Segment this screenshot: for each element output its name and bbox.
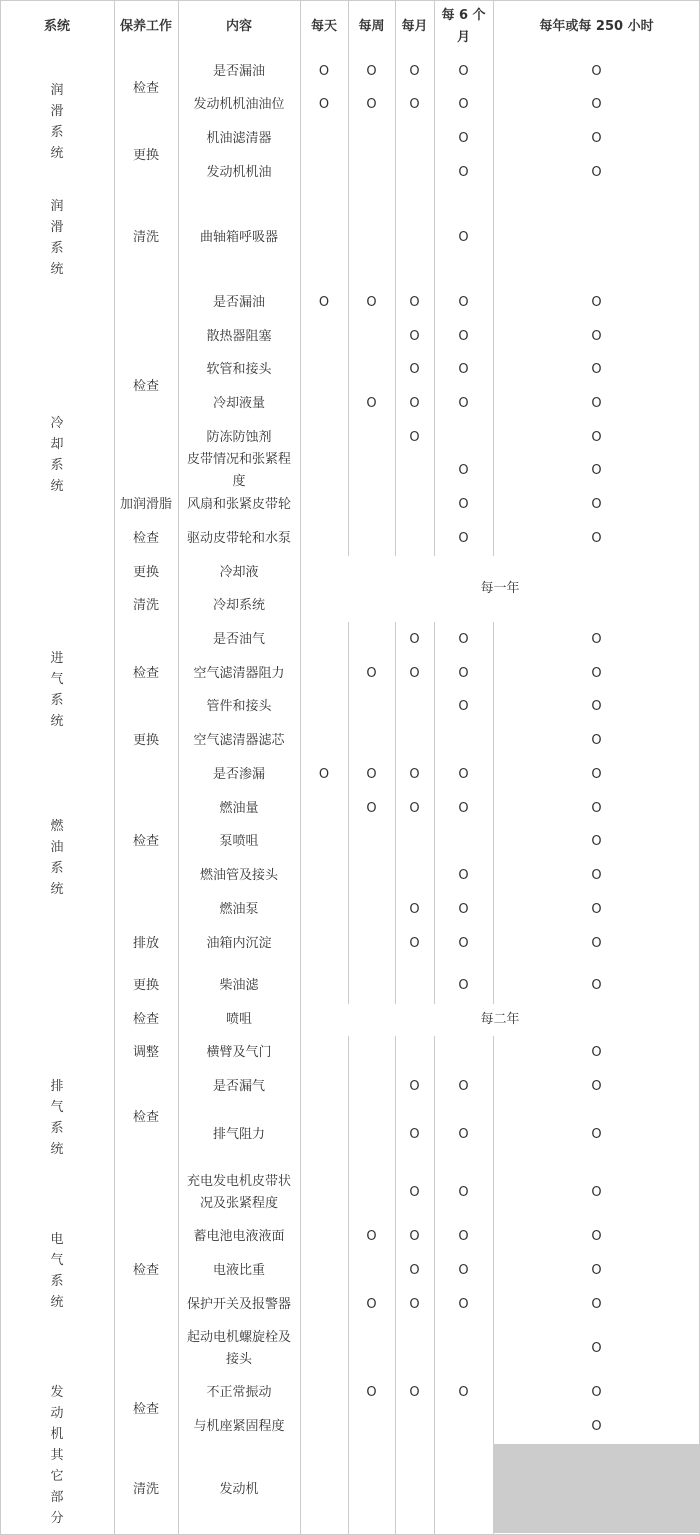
check-mark: O bbox=[494, 933, 699, 955]
system-label: 冷却系统 bbox=[1, 413, 113, 497]
column-header: 每年或每 250 小时 bbox=[494, 4, 699, 50]
check-mark: O bbox=[435, 865, 492, 887]
check-mark: O bbox=[396, 292, 433, 314]
check-mark: O bbox=[396, 326, 433, 348]
system-label: 燃油系统 bbox=[1, 816, 113, 900]
content-item: 发动机机油 bbox=[182, 162, 296, 184]
maintenance-task: 清洗 bbox=[115, 595, 177, 617]
content-item: 横臂及气门 bbox=[182, 1042, 296, 1064]
check-mark: O bbox=[435, 162, 492, 184]
check-mark: O bbox=[349, 61, 394, 83]
check-mark: O bbox=[435, 494, 492, 516]
check-mark: O bbox=[494, 831, 699, 853]
maintenance-task: 清洗 bbox=[115, 227, 177, 249]
check-mark: O bbox=[349, 1294, 394, 1316]
check-mark: O bbox=[396, 94, 433, 116]
content-item: 是否漏气 bbox=[182, 1076, 296, 1098]
maintenance-task: 检查 bbox=[115, 1260, 177, 1282]
maintenance-task: 检查 bbox=[115, 1009, 177, 1031]
content-item: 冷却系统 bbox=[182, 595, 296, 617]
content-item: 油箱内沉淀 bbox=[182, 933, 296, 955]
content-item: 冷却液量 bbox=[182, 393, 296, 415]
maintenance-task: 调整 bbox=[115, 1042, 177, 1064]
content-item: 防冻防蚀剂 bbox=[182, 427, 296, 449]
check-mark: O bbox=[435, 663, 492, 685]
check-mark: O bbox=[494, 975, 699, 997]
content-item: 喷咀 bbox=[182, 1009, 296, 1031]
check-mark: O bbox=[435, 460, 492, 482]
check-mark: O bbox=[494, 730, 699, 752]
check-mark: O bbox=[494, 1226, 699, 1248]
content-item: 柴油滤 bbox=[182, 975, 296, 997]
system-label: 排气系统 bbox=[1, 1076, 113, 1160]
content-item: 是否渗漏 bbox=[182, 764, 296, 786]
maintenance-task: 排放 bbox=[115, 933, 177, 955]
check-mark: O bbox=[349, 663, 394, 685]
check-mark: O bbox=[435, 899, 492, 921]
check-mark: O bbox=[396, 663, 433, 685]
check-mark: O bbox=[301, 61, 347, 83]
check-mark: O bbox=[349, 393, 394, 415]
check-mark: O bbox=[396, 798, 433, 820]
check-mark: O bbox=[435, 359, 492, 381]
system-label: 润滑系统 bbox=[1, 80, 113, 164]
content-item: 机油滤清器 bbox=[182, 128, 296, 150]
system-label: 润滑系统 bbox=[1, 196, 113, 280]
check-mark: O bbox=[396, 1294, 433, 1316]
check-mark: O bbox=[349, 1382, 394, 1404]
content-item: 是否漏油 bbox=[182, 292, 296, 314]
check-mark: O bbox=[396, 1182, 433, 1204]
check-mark: O bbox=[396, 764, 433, 786]
maintenance-task: 检查 bbox=[115, 376, 177, 398]
merged-interval-cell: 每二年 bbox=[301, 1004, 699, 1036]
column-header: 保养工作 bbox=[115, 4, 177, 50]
check-mark: O bbox=[494, 865, 699, 887]
check-mark: O bbox=[435, 1294, 492, 1316]
check-mark: O bbox=[494, 292, 699, 314]
check-mark: O bbox=[301, 94, 347, 116]
content-item: 散热器阻塞 bbox=[182, 326, 296, 348]
content-item: 皮带情况和张紧程度 bbox=[182, 460, 296, 482]
check-mark: O bbox=[396, 1260, 433, 1282]
column-header: 每周 bbox=[349, 4, 394, 50]
check-mark: O bbox=[435, 1382, 492, 1404]
content-item: 与机座紧固程度 bbox=[182, 1416, 296, 1438]
check-mark: O bbox=[494, 1416, 699, 1438]
content-item: 燃油管及接头 bbox=[182, 865, 296, 887]
column-header: 每 6 个月 bbox=[435, 4, 492, 50]
column-header: 系统 bbox=[1, 4, 113, 50]
system-label: 电气系统 bbox=[1, 1229, 113, 1313]
check-mark: O bbox=[494, 61, 699, 83]
content-item: 蓄电池电液液面 bbox=[182, 1226, 296, 1248]
check-mark: O bbox=[494, 162, 699, 184]
check-mark: O bbox=[494, 629, 699, 651]
merged-interval-cell: 每一年 bbox=[301, 556, 699, 622]
maintenance-task: 检查 bbox=[115, 663, 177, 685]
content-item: 空气滤清器滤芯 bbox=[182, 730, 296, 752]
maintenance-task: 检查 bbox=[115, 1399, 177, 1421]
check-mark: O bbox=[396, 1382, 433, 1404]
shaded-empty-cell bbox=[493, 1444, 700, 1533]
content-item: 空气滤清器阻力 bbox=[182, 663, 296, 685]
check-mark: O bbox=[435, 629, 492, 651]
content-item: 驱动皮带轮和水泵 bbox=[182, 528, 296, 550]
check-mark: O bbox=[435, 292, 492, 314]
check-mark: O bbox=[435, 1124, 492, 1146]
check-mark: O bbox=[349, 1226, 394, 1248]
system-label: 发动机其它部分 bbox=[1, 1382, 113, 1529]
maintenance-task: 更换 bbox=[115, 730, 177, 752]
check-mark: O bbox=[396, 1076, 433, 1098]
maintenance-task: 更换 bbox=[115, 975, 177, 997]
check-mark: O bbox=[494, 427, 699, 449]
check-mark: O bbox=[435, 933, 492, 955]
content-item: 是否油气 bbox=[182, 629, 296, 651]
check-mark: O bbox=[435, 393, 492, 415]
check-mark: O bbox=[494, 1294, 699, 1316]
content-item: 软管和接头 bbox=[182, 359, 296, 381]
check-mark: O bbox=[435, 326, 492, 348]
check-mark: O bbox=[435, 798, 492, 820]
maintenance-task: 更换 bbox=[115, 562, 177, 584]
maintenance-task: 清洗 bbox=[115, 1479, 177, 1501]
check-mark: O bbox=[494, 663, 699, 685]
column-header: 每天 bbox=[301, 4, 347, 50]
content-item: 风扇和张紧皮带轮 bbox=[182, 494, 296, 516]
check-mark: O bbox=[494, 128, 699, 150]
check-mark: O bbox=[494, 1182, 699, 1204]
check-mark: O bbox=[301, 764, 347, 786]
check-mark: O bbox=[494, 899, 699, 921]
content-item: 冷却液 bbox=[182, 562, 296, 584]
check-mark: O bbox=[396, 393, 433, 415]
column-divider bbox=[178, 0, 179, 1534]
maintenance-task: 检查 bbox=[115, 78, 177, 100]
check-mark: O bbox=[494, 460, 699, 482]
check-mark: O bbox=[494, 1382, 699, 1404]
column-header: 每月 bbox=[396, 4, 433, 50]
check-mark: O bbox=[494, 1124, 699, 1146]
check-mark: O bbox=[494, 494, 699, 516]
check-mark: O bbox=[494, 1338, 699, 1360]
maintenance-task: 更换 bbox=[115, 145, 177, 167]
check-mark: O bbox=[494, 798, 699, 820]
check-mark: O bbox=[435, 61, 492, 83]
check-mark: O bbox=[435, 1226, 492, 1248]
check-mark: O bbox=[301, 292, 347, 314]
system-label: 进气系统 bbox=[1, 648, 113, 732]
content-item: 不正常振动 bbox=[182, 1382, 296, 1404]
content-item: 是否漏油 bbox=[182, 61, 296, 83]
check-mark: O bbox=[435, 696, 492, 718]
content-item: 燃油泵 bbox=[182, 899, 296, 921]
check-mark: O bbox=[396, 359, 433, 381]
check-mark: O bbox=[396, 427, 433, 449]
check-mark: O bbox=[396, 61, 433, 83]
content-item: 发动机 bbox=[182, 1479, 296, 1501]
check-mark: O bbox=[494, 94, 699, 116]
check-mark: O bbox=[435, 94, 492, 116]
check-mark: O bbox=[435, 1076, 492, 1098]
check-mark: O bbox=[435, 1260, 492, 1282]
content-item: 燃油量 bbox=[182, 798, 296, 820]
check-mark: O bbox=[494, 326, 699, 348]
maintenance-task: 检查 bbox=[115, 1107, 177, 1129]
check-mark: O bbox=[494, 764, 699, 786]
maintenance-task: 检查 bbox=[115, 831, 177, 853]
content-item: 发动机机油油位 bbox=[182, 94, 296, 116]
maintenance-task: 检查 bbox=[115, 528, 177, 550]
column-header: 内容 bbox=[179, 4, 299, 50]
check-mark: O bbox=[396, 933, 433, 955]
check-mark: O bbox=[435, 975, 492, 997]
maintenance-task: 加润滑脂 bbox=[115, 494, 177, 516]
check-mark: O bbox=[349, 292, 394, 314]
check-mark: O bbox=[396, 1124, 433, 1146]
check-mark: O bbox=[435, 528, 492, 550]
content-item: 保护开关及报警器 bbox=[182, 1294, 296, 1316]
check-mark: O bbox=[494, 528, 699, 550]
content-item: 管件和接头 bbox=[182, 696, 296, 718]
check-mark: O bbox=[494, 393, 699, 415]
check-mark: O bbox=[494, 1042, 699, 1064]
content-item: 排气阻力 bbox=[182, 1124, 296, 1146]
check-mark: O bbox=[494, 696, 699, 718]
content-item: 电液比重 bbox=[182, 1260, 296, 1282]
check-mark: O bbox=[349, 94, 394, 116]
check-mark: O bbox=[396, 1226, 433, 1248]
check-mark: O bbox=[435, 764, 492, 786]
check-mark: O bbox=[396, 629, 433, 651]
content-item: 充电发电机皮带状况及张紧程度 bbox=[182, 1171, 296, 1215]
check-mark: O bbox=[435, 227, 492, 249]
check-mark: O bbox=[435, 1182, 492, 1204]
content-item: 起动电机螺旋栓及接头 bbox=[182, 1327, 296, 1371]
check-mark: O bbox=[494, 1076, 699, 1098]
check-mark: O bbox=[396, 899, 433, 921]
check-mark: O bbox=[435, 128, 492, 150]
content-item: 泵喷咀 bbox=[182, 831, 296, 853]
check-mark: O bbox=[494, 1260, 699, 1282]
check-mark: O bbox=[494, 359, 699, 381]
content-item: 曲轴箱呼吸器 bbox=[182, 227, 296, 249]
check-mark: O bbox=[349, 764, 394, 786]
check-mark: O bbox=[349, 798, 394, 820]
